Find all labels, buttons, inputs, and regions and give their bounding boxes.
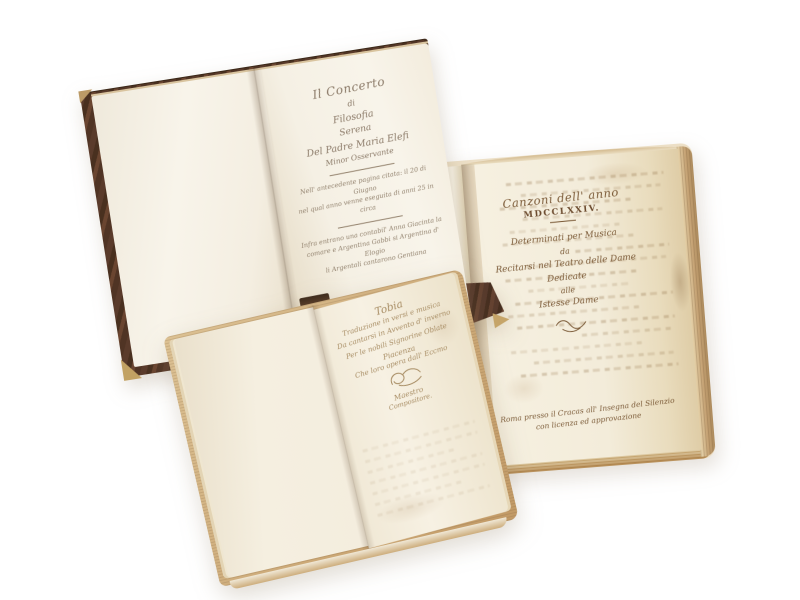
handwritten-rule — [550, 220, 576, 223]
right-book-title-page: Canzoni dell' anno MDCCLXXIV. Determinat… — [474, 149, 701, 466]
bottom-book-title-block: Tobia Traduzione in versi e musica Da ca… — [324, 285, 477, 423]
bleed-through-text — [357, 411, 496, 526]
photo-three-open-manuscripts: Canzoni dell' anno MDCCLXXIV. Determinat… — [0, 0, 800, 600]
bleed-through-line — [511, 341, 645, 354]
top-book-title-block: Il Concerto di Filosofia Serena Del Padr… — [277, 70, 448, 278]
bleed-through-line — [534, 351, 674, 365]
bleed-through-line — [521, 362, 679, 377]
